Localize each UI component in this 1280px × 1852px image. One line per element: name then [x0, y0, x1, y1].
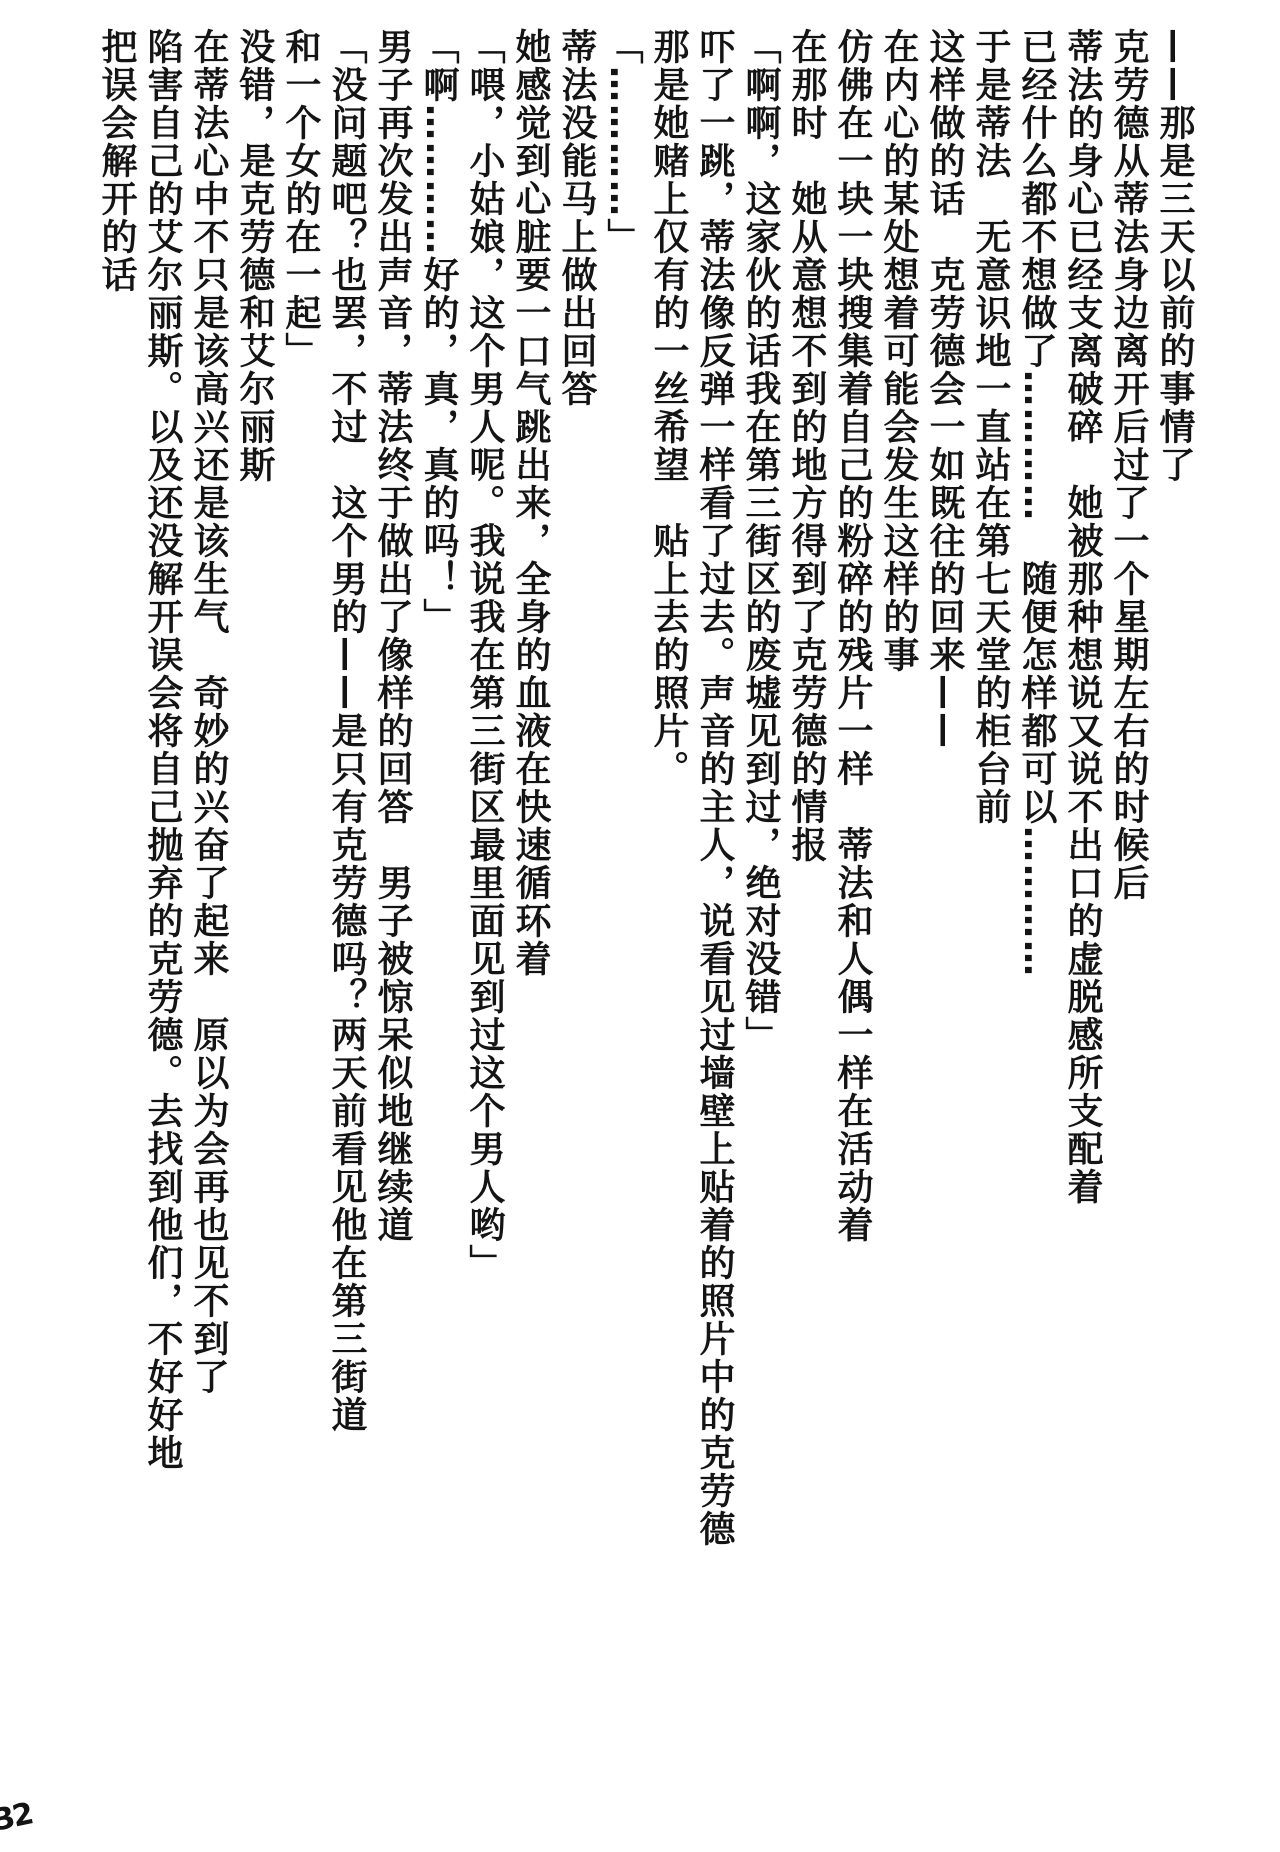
handwritten-page-number: 32 — [0, 1796, 35, 1838]
text-column: 蒂法的身心已经支离破碎 她被那种想说又说不出口的虚脱感所支配着 — [1059, 28, 1105, 1648]
text-column: 「啊…………好的，真，真的吗！」 — [415, 28, 461, 1648]
text-column: 在内心的某处想着可能会发生这样的事 — [875, 28, 921, 1648]
text-column: ——那是三天以前的事情了 — [1151, 28, 1197, 1648]
text-column: 在那时 她从意想不到的地方得到了克劳德的情报 — [783, 28, 829, 1648]
text-column: 把误会解开的话 — [93, 28, 139, 1648]
novel-text-page: ——那是三天以前的事情了克劳德从蒂法身边离开后过了一个星期左右的时候后蒂法的身心… — [0, 0, 1280, 1852]
text-column: 在蒂法心中不只是该高兴还是该生气 奇妙的兴奋了起来 原以为会再也见不到了 — [185, 28, 231, 1648]
text-column: 蒂法没能马上做出回答 — [553, 28, 599, 1648]
text-column: 「啊啊，这家伙的话我在第三街区的废墟见到过，绝对没错」 — [737, 28, 783, 1648]
text-column: 陷害自己的艾尔丽斯。以及还没解开误会将自己抛弃的克劳德。去找到他们，不好好地 — [139, 28, 185, 1648]
text-column: 她感觉到心脏要一口气跳出来，全身的血液在快速循环着 — [507, 28, 553, 1648]
text-column: 「喂，小姑娘，这个男人呢。我说我在第三街区最里面见到过这个男人哟」 — [461, 28, 507, 1648]
text-column: 「没问题吧？也罢，不过 这个男的——是只有克劳德吗？两天前看见他在第三街道 — [323, 28, 369, 1648]
text-column: 没错，是克劳德和艾尔丽斯 — [231, 28, 277, 1648]
text-column: 这样做的话 克劳德会一如既往的回来—— — [921, 28, 967, 1648]
text-column: 男子再次发出声音，蒂法终于做出了像样的回答 男子被惊呆似地继续道 — [369, 28, 415, 1648]
text-column: 那是她赌上仅有的一丝希望 贴上去的照片。 — [645, 28, 691, 1648]
vertical-text-block: ——那是三天以前的事情了克劳德从蒂法身边离开后过了一个星期左右的时候后蒂法的身心… — [93, 28, 1197, 1648]
text-column: 吓了一跳，蒂法像反弹一样看了过去。声音的主人，说看见过墙壁上贴着的照片中的克劳德 — [691, 28, 737, 1648]
text-column: 已经什么都不想做了………… 随便怎样都可以………… — [1013, 28, 1059, 1648]
text-column: 克劳德从蒂法身边离开后过了一个星期左右的时候后 — [1105, 28, 1151, 1648]
text-column: 和一个女的在一起」 — [277, 28, 323, 1648]
text-column: 于是蒂法 无意识地一直站在第七天堂的柜台前 — [967, 28, 1013, 1648]
text-column: 仿佛在一块一块搜集着自己的粉碎的残片一样 蒂法和人偶一样在活动着 — [829, 28, 875, 1648]
text-column: 「…………」 — [599, 28, 645, 1648]
